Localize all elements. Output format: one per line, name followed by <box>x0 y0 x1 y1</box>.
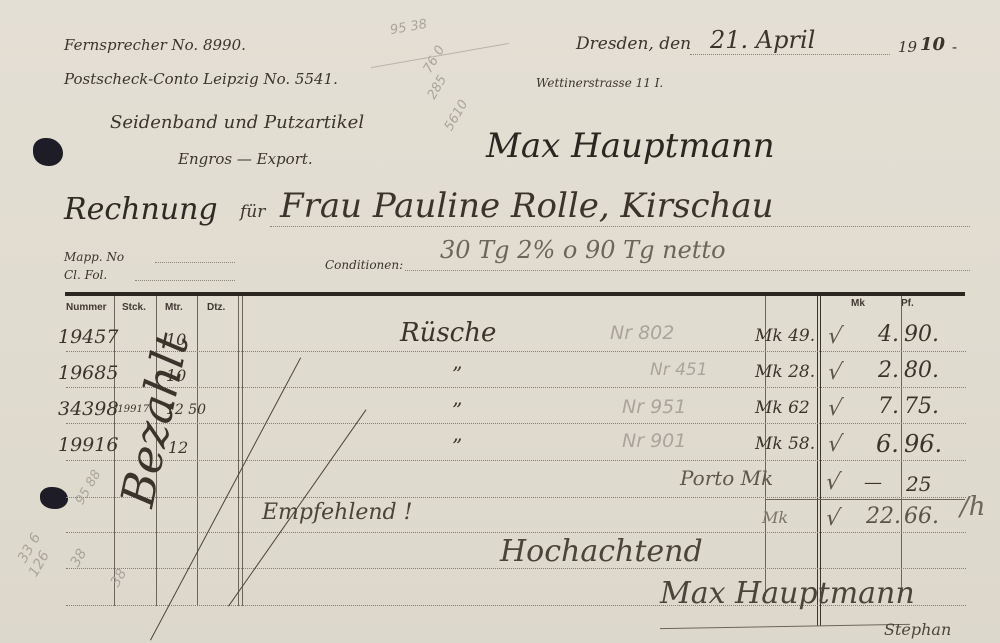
row-pf: 90. <box>904 322 939 347</box>
total-mark: /h <box>960 492 986 522</box>
company-name: Max Hauptmann <box>486 126 775 166</box>
row-nummer: 19685 <box>58 362 118 384</box>
total-mk: 22. <box>866 504 901 529</box>
conditions-label: Conditionen: <box>325 258 403 272</box>
header-pf: Pf. <box>901 298 914 309</box>
row-price: Mk 49. <box>755 326 815 346</box>
header-mk: Mk <box>851 298 865 309</box>
date-dotline <box>690 54 890 55</box>
header-nummer: Nummer <box>66 302 107 313</box>
pencil-note: 285 <box>425 73 450 102</box>
conditions-value: 30 Tg 2% o 90 Tg netto <box>440 236 726 264</box>
row-mk: 7. <box>878 394 899 419</box>
row-price: Mk 58. <box>755 434 815 454</box>
row-mk: — <box>864 472 882 493</box>
row-pencil-note: Nr 901 <box>622 430 686 452</box>
conditions-dotline <box>405 270 970 271</box>
row-nummer: 19916 <box>58 434 118 456</box>
pencil-note: 5610 <box>442 97 472 133</box>
row-pencil-note: Nr 951 <box>622 396 686 418</box>
pencil-note: 38 <box>108 566 131 589</box>
trade-line: Seidenband und Putzartikel <box>110 112 364 133</box>
row-price: Mk 62 <box>755 398 810 418</box>
signature-sub: Stephan <box>884 620 951 639</box>
recipient-name: Frau Pauline Rolle, Kirschau <box>280 186 774 226</box>
city-prefix: Dresden, den <box>576 34 691 54</box>
table-top-rule <box>65 292 965 296</box>
invoice-label: Rechnung <box>64 192 218 227</box>
row-line <box>66 532 966 533</box>
punch-hole-bottom <box>40 487 68 509</box>
paid-note: Bezahlt <box>110 328 199 511</box>
row-price: Mk 28. <box>755 362 815 382</box>
row-desc: Empfehlend ! <box>262 500 412 525</box>
header-stck: Stck. <box>122 302 146 313</box>
row-line <box>66 460 966 461</box>
cl-fol-label: Cl. Fol. <box>64 268 107 282</box>
total-pf: 66. <box>904 504 939 529</box>
row-line <box>66 423 966 424</box>
year-prefix: 19 <box>898 38 917 56</box>
header-mtr: Mtr. <box>165 302 183 313</box>
row-desc: ” <box>452 362 462 386</box>
pencil-note: 76 0 <box>421 43 448 76</box>
checkmark-icon: √ <box>826 432 844 457</box>
row-nummer: 19457 <box>58 326 118 348</box>
col-divider <box>242 296 243 606</box>
row-line <box>66 497 966 498</box>
row-pf: 25 <box>906 472 931 496</box>
year-handwritten: 10 <box>920 34 945 55</box>
signature-underline <box>660 624 910 629</box>
checkmark-icon: √ <box>826 324 844 349</box>
header-dtz: Dtz. <box>207 302 225 313</box>
checkmark-icon: √ <box>824 506 842 531</box>
row-mk: 2. <box>878 358 899 383</box>
row-desc: ” <box>452 434 462 458</box>
checkmark-icon: √ <box>826 396 844 421</box>
col-divider <box>901 296 902 596</box>
row-desc: Rüsche <box>400 318 496 348</box>
mapp-label: Mapp. No <box>64 250 124 264</box>
row-pencil-note: Nr 802 <box>610 322 674 344</box>
mapp-dotline <box>155 262 235 263</box>
row-price: Mk <box>762 508 788 527</box>
greeting: Hochachtend <box>500 534 703 569</box>
trade-subline: Engros — Export. <box>178 150 313 168</box>
pencil-note: 38 <box>68 546 91 569</box>
checkmark-icon: √ <box>824 470 842 495</box>
for-label: für <box>240 202 265 222</box>
date-handwritten: 21. April <box>710 26 815 54</box>
row-pf: 75. <box>904 394 939 419</box>
punch-hole-top <box>33 138 63 166</box>
col-divider <box>238 296 239 606</box>
row-mk: 6. <box>876 430 899 458</box>
pencil-note: 95 38 <box>389 17 428 38</box>
row-mk: 4. <box>878 322 899 347</box>
row-desc: ” <box>452 398 462 422</box>
row-line <box>66 387 966 388</box>
pencil-note: 95 88 <box>73 468 105 508</box>
phone-number: Fernsprecher No. 8990. <box>64 36 246 54</box>
row-pf: 96. <box>904 430 942 458</box>
checkmark-icon: √ <box>826 360 844 385</box>
row-pf: 80. <box>904 358 939 383</box>
year-dash: - <box>952 38 957 56</box>
row-nummer: 34398 <box>58 398 118 420</box>
subtotal-rule <box>765 499 965 500</box>
cl-fol-dotline <box>135 280 235 281</box>
street-address: Wettinerstrasse 11 I. <box>536 76 663 90</box>
recipient-dotline <box>270 226 970 227</box>
row-line <box>66 351 966 352</box>
row-pencil-note: Nr 451 <box>650 360 708 380</box>
postal-account: Postscheck-Conto Leipzig No. 5541. <box>64 70 338 88</box>
signature: Max Hauptmann <box>660 576 915 611</box>
invoice-paper: Fernsprecher No. 8990. Postscheck-Conto … <box>0 0 1000 643</box>
row-price: Porto Mk <box>680 466 773 490</box>
